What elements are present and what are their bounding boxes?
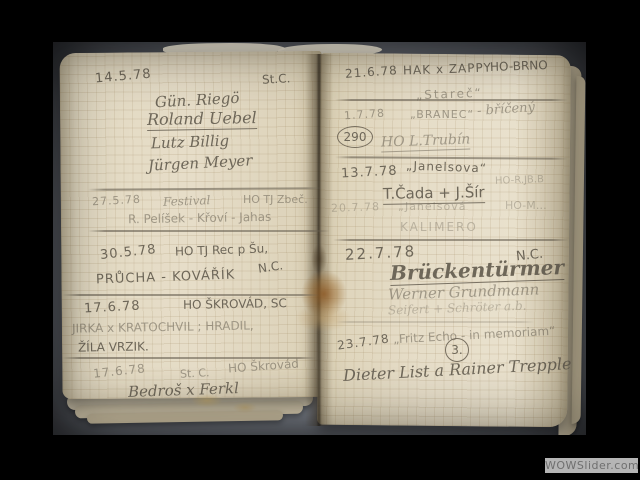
entry-text: „Janelsová — [398, 201, 466, 212]
entry-date: 1.7.78 — [344, 108, 386, 122]
separator-rule — [335, 321, 535, 323]
entry-name: Roland Uebel — [147, 110, 257, 131]
entry-date: 13.7.78 — [341, 165, 398, 181]
entry-text: ŽÍLA VRZIK. — [78, 340, 149, 353]
entry-code: St.C. — [262, 72, 291, 85]
entry-text: HO ŠKROVÁD, SC — [183, 297, 287, 311]
entry-note: HO-R.JB.B — [495, 175, 544, 187]
entry-date: 21.6.78 — [345, 64, 399, 80]
circled-number: 3. — [445, 338, 469, 362]
watermark-link[interactable]: WOWSlider.com — [545, 458, 638, 473]
entry-date: 27.5.78 — [92, 194, 142, 208]
circled-number: 290 — [337, 126, 373, 148]
slider-frame: 14.5.78 St.C. Gün. Riegö Roland Uebel Lu… — [0, 0, 640, 480]
entry-name: Gün. Riegö — [155, 91, 240, 110]
entry-name: Lutz Billig — [151, 134, 230, 152]
separator-rule — [333, 239, 569, 241]
entry-text: HO L.Trubín — [381, 132, 471, 152]
entry-text: „Janelsova“ — [406, 160, 487, 175]
separator-rule — [88, 230, 330, 232]
entry-text: HAK x ZAPPY — [403, 61, 492, 76]
entry-code: HO TJ Zbeč. — [243, 194, 308, 205]
entry-text: R. Pelíšek - Křoví - Jahas — [128, 211, 272, 225]
entry-text: Bedroš x Ferkl — [128, 381, 239, 400]
entry-note: HO-M… — [505, 200, 547, 211]
entry-code: N.C. — [257, 259, 283, 274]
page-stack-left — [87, 410, 283, 423]
entry-text: JIRKA x KRATOCHVIL ; HRADIL, — [72, 319, 254, 334]
notebook-photo-slide[interactable]: 14.5.78 St.C. Gün. Riegö Roland Uebel Lu… — [53, 42, 586, 435]
entry-code: HO-BRNO — [490, 59, 548, 73]
entry-code: St. C. — [180, 367, 210, 380]
entry-text: KALIMERO — [400, 221, 478, 233]
entry-date: 17.6.78 — [84, 300, 141, 316]
entry-date: 20.7.78 — [331, 201, 380, 214]
entry-text: „BRANEC“ — [410, 109, 474, 120]
entry-text: HO TJ Rec p Šu, — [175, 242, 268, 257]
entry-text: Festival — [163, 194, 211, 208]
entry-note: - bříčený — [477, 101, 536, 118]
